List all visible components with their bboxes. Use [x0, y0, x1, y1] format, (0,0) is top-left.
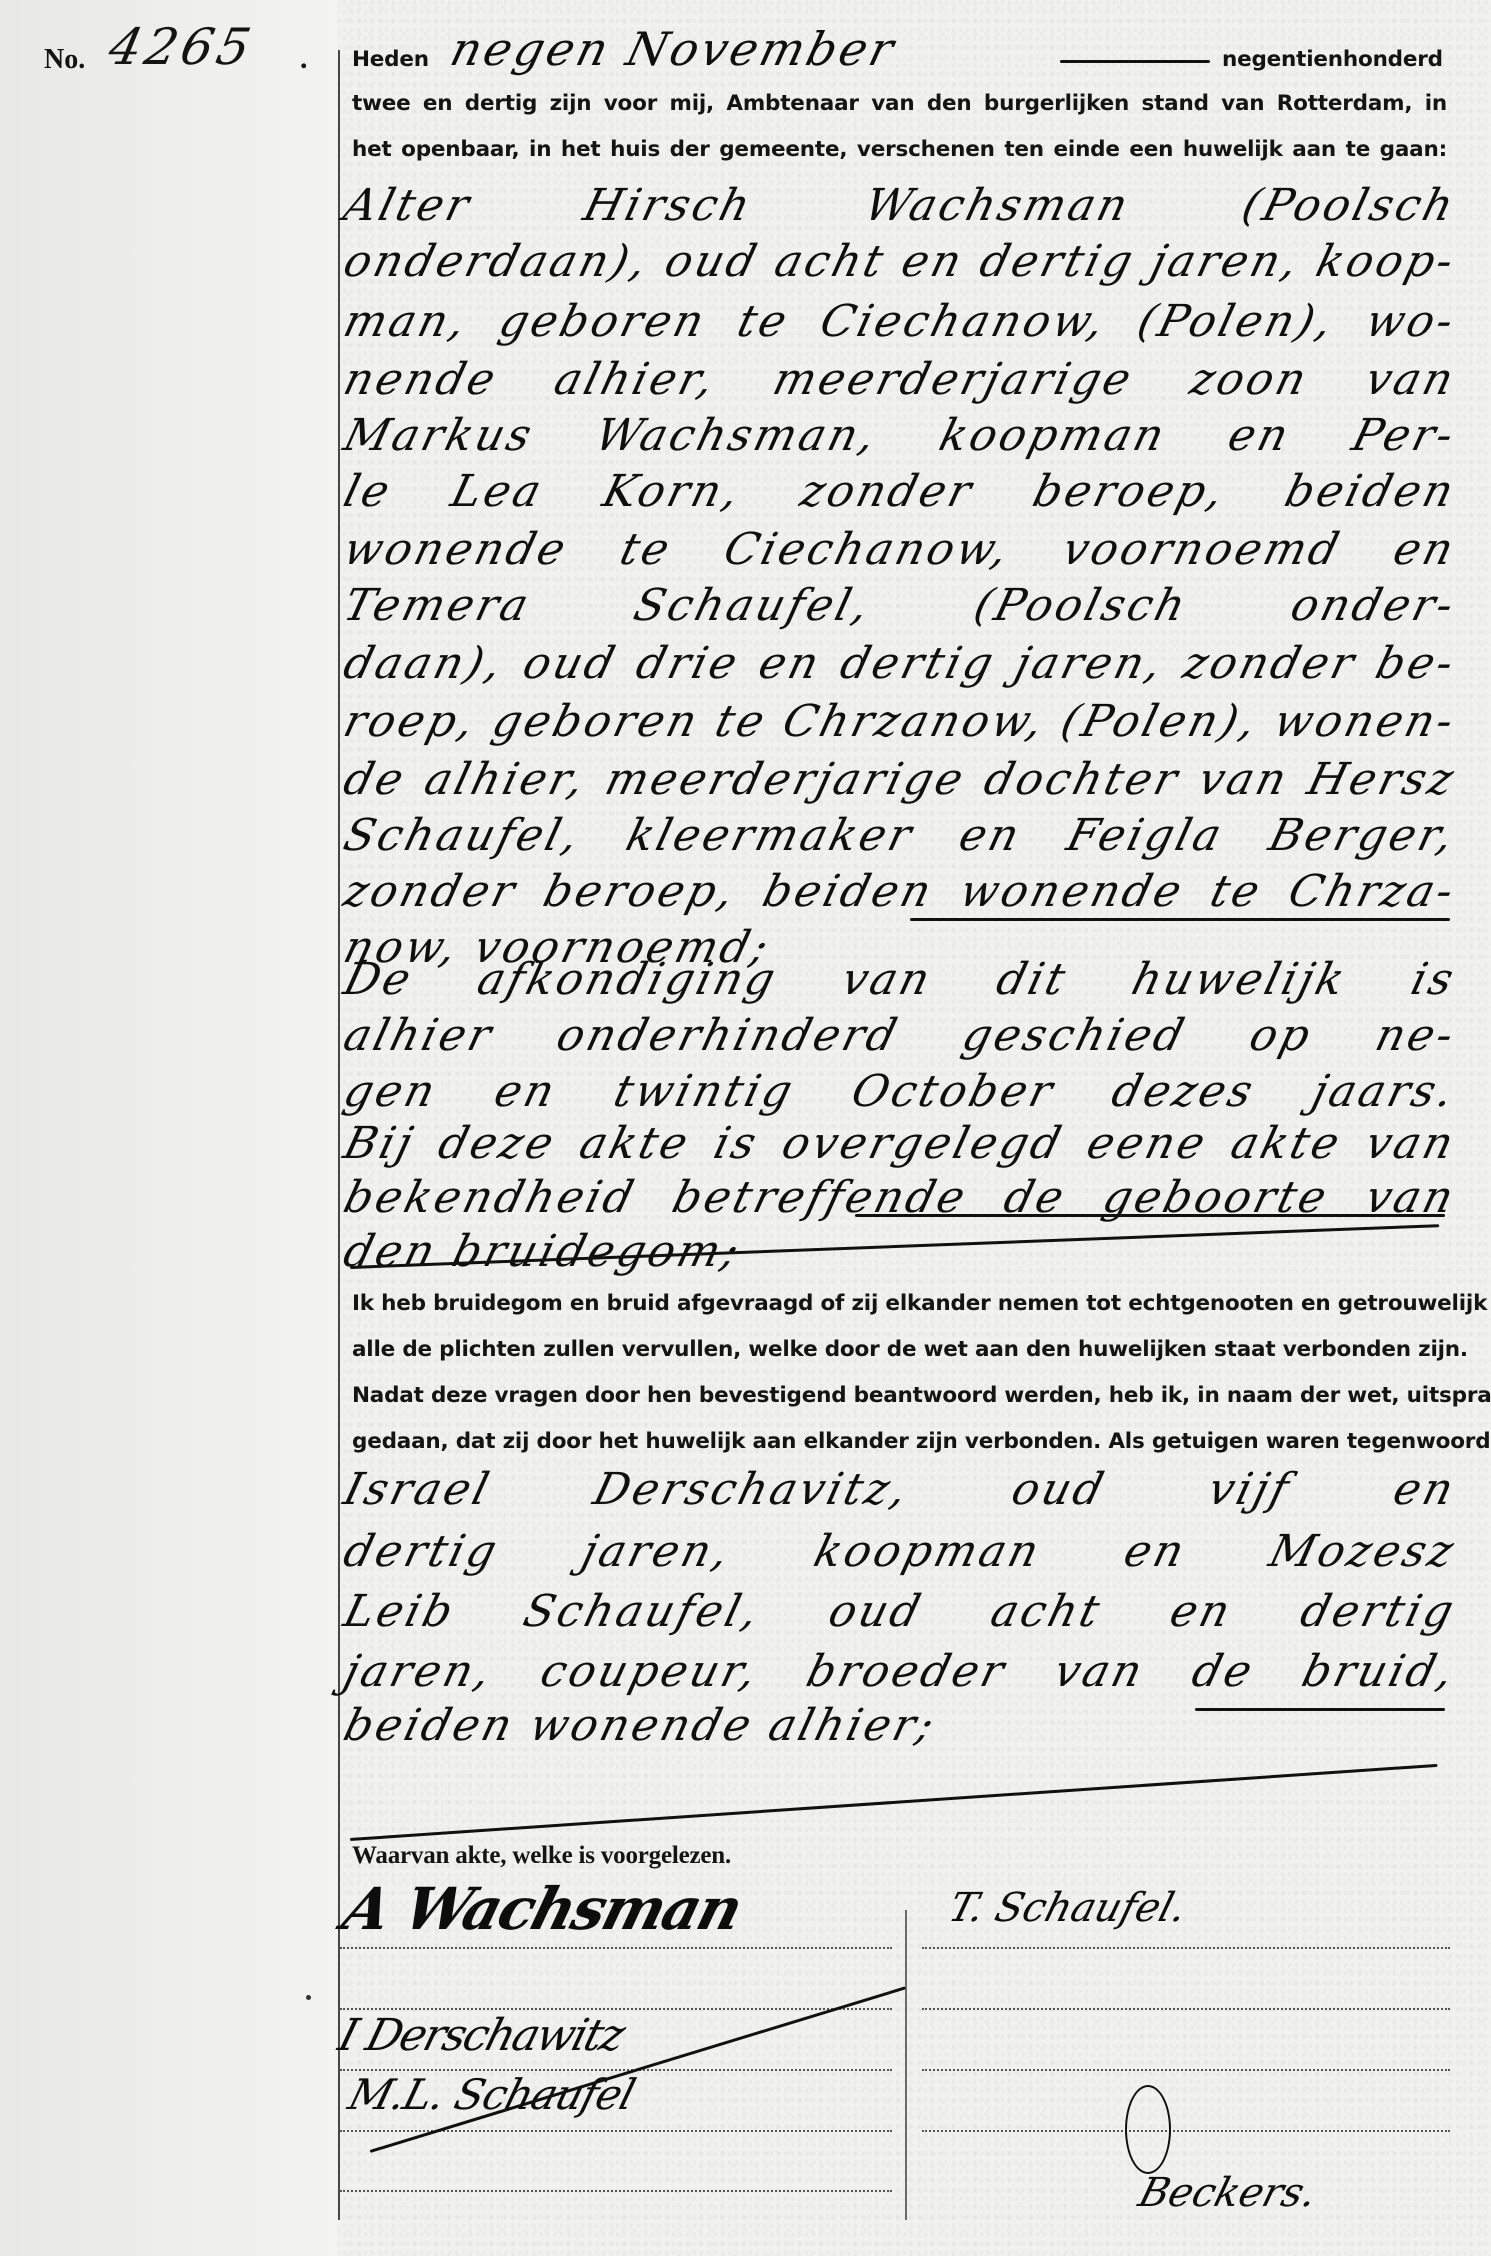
printed-middle-line-1: Ik heb bruidegom en bruid afgevraagd of …	[352, 1290, 1447, 1318]
hw-witness-line-4: jaren, coupeur, broeder van de bruid,	[339, 1646, 1462, 1697]
official-signature-loop	[1125, 2085, 1171, 2174]
signature-official: Beckers.	[1134, 2170, 1322, 2216]
line-fill-rule-1	[910, 918, 1450, 921]
printed-header-line-3: het openbaar, in het huis der gemeente, …	[352, 136, 1447, 164]
printed-middle-line-3: Nadat deze vragen door hen bevestigend b…	[352, 1382, 1447, 1410]
line-fill-rule-2	[855, 1214, 1445, 1217]
left-margin	[0, 0, 338, 2256]
hw-line-10: roep, geboren te Chrzanow, (Polen), wone…	[339, 696, 1462, 747]
signature-divider	[905, 1910, 907, 2220]
printed-header-line-2: twee en dertig zijn voor mij, Ambtenaar …	[352, 90, 1447, 118]
date-fill-line	[1060, 60, 1210, 63]
signature-line-right-1	[922, 1947, 1450, 1949]
record-number-dot: .	[300, 42, 308, 76]
handwritten-date: negen November	[445, 22, 1058, 76]
hw-line-5: Markus Wachsman, koopman en Per-	[339, 410, 1462, 461]
signature-line-left-1	[340, 1947, 892, 1949]
margin-divider	[338, 50, 340, 2220]
printed-middle-line-2: alle de plichten zullen vervullen, welke…	[352, 1336, 1447, 1364]
hw-line-6: le Lea Korn, zonder beroep, beiden	[339, 466, 1462, 517]
printed-negentienhonderd: negentienhonderd	[1222, 46, 1443, 74]
signature-groom: A Wachsman	[336, 1875, 748, 1943]
record-number-label: No.	[44, 44, 85, 76]
hw-line-2: onderdaan), oud acht en dertig jaren, ko…	[339, 236, 1462, 287]
signature-bride: T. Schaufel.	[944, 1885, 1192, 1931]
hw-witness-line-1: Israel Derschavitz, oud vijf en	[339, 1464, 1462, 1515]
record-number: 4265	[104, 18, 260, 76]
signature-line-right-3	[922, 2069, 1450, 2071]
signature-line-left-4	[340, 2130, 892, 2132]
hw-line-20: den bruidegom;	[339, 1226, 1462, 1277]
hw-line-3: man, geboren te Ciechanow, (Polen), wo-	[339, 296, 1462, 347]
signature-witness-1: I Derschawitz	[333, 2010, 629, 2061]
hw-line-4: nende alhier, meerderjarige zoon van	[339, 354, 1462, 405]
printed-middle-line-4: gedaan, dat zij door het huwelijk aan el…	[352, 1428, 1447, 1456]
closing-diagonal-rule-2	[350, 1764, 1438, 1841]
hw-line-1: Alter Hirsch Wachsman (Poolsch	[339, 180, 1462, 231]
stray-ink-dot	[306, 1995, 311, 2000]
hw-line-9: daan), oud drie en dertig jaren, zonder …	[339, 638, 1462, 689]
printed-closing: Waarvan akte, welke is voorgelezen.	[352, 1842, 731, 1870]
signature-line-right-4	[922, 2130, 1450, 2132]
hw-line-8: Temera Schaufel, (Poolsch onder-	[339, 580, 1462, 631]
hw-line-13: zonder beroep, beiden wonende te Chrza-	[339, 866, 1462, 917]
hw-line-17: gen en twintig October dezes jaars.	[339, 1066, 1462, 1117]
signature-line-left-5	[340, 2190, 892, 2192]
hw-line-7: wonende te Ciechanow, voornoemd en	[339, 524, 1462, 575]
hw-line-15: De afkondiging van dit huwelijk is	[339, 954, 1462, 1005]
printed-heden: Heden	[352, 46, 429, 74]
hw-witness-line-3: Leib Schaufel, oud acht en dertig	[339, 1586, 1462, 1637]
hw-witness-line-2: dertig jaren, koopman en Mozesz	[339, 1526, 1462, 1577]
signature-line-right-2	[922, 2008, 1450, 2010]
hw-line-16: alhier onderhinderd geschied op ne-	[339, 1010, 1462, 1061]
hw-line-12: Schaufel, kleermaker en Feigla Berger,	[339, 810, 1462, 861]
line-fill-rule-3	[1195, 1708, 1445, 1711]
hw-line-18: Bij deze akte is overgelegd eene akte va…	[339, 1118, 1462, 1169]
hw-line-11: de alhier, meerderjarige dochter van Her…	[339, 754, 1462, 805]
